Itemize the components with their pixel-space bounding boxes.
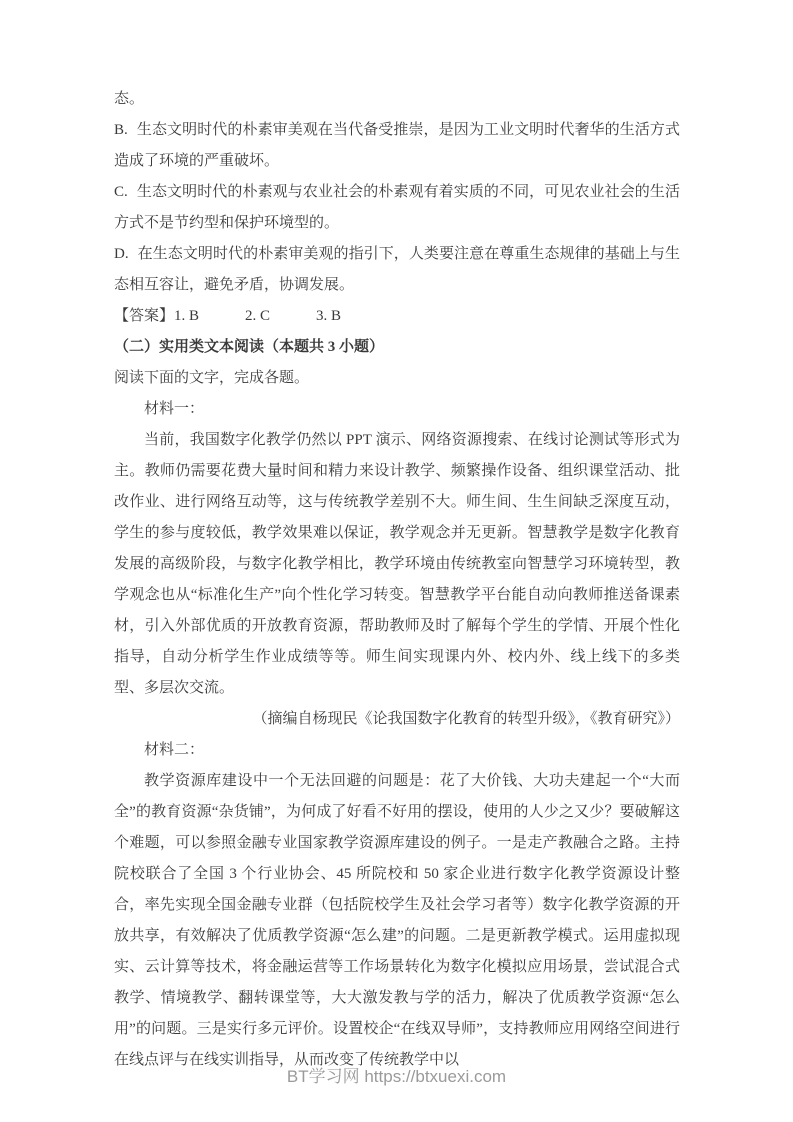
option-c: C.生态文明时代的朴素观与农业社会的朴素观有着实质的不同，可见农业社会的生活方式…	[114, 177, 680, 239]
answer-item-3: 3. B	[316, 308, 341, 324]
option-c-label: C.	[114, 184, 128, 200]
option-c-text: 生态文明时代的朴素观与农业社会的朴素观有着实质的不同，可见农业社会的生活方式不是…	[114, 184, 680, 231]
answer-line: 【答案】1. B2. C3. B	[114, 301, 680, 332]
section-heading: （二）实用类文本阅读（本题共 3 小题）	[114, 332, 680, 363]
answer-prefix: 【答案】	[114, 308, 174, 324]
watermark: BT学习网 https://btxuexi.com	[0, 1064, 793, 1090]
option-b: B.生态文明时代的朴素审美观在当代备受推崇，是因为工业文明时代奢华的生活方式造成…	[114, 115, 680, 177]
material-one-title: 材料一：	[114, 394, 680, 425]
watermark-text: BT学习网 https://btxuexi.com	[287, 1067, 506, 1086]
option-d: D.在生态文明时代的朴素审美观的指引下，人类要注意在尊重生态规律的基础上与生态相…	[114, 239, 680, 301]
material-one-citation: （摘编自杨现民《论我国数字化教育的转型升级》，《教育研究》）	[114, 704, 680, 735]
option-b-text: 生态文明时代的朴素审美观在当代备受推崇，是因为工业文明时代奢华的生活方式造成了环…	[114, 122, 680, 169]
option-b-label: B.	[114, 122, 128, 138]
section-instruction: 阅读下面的文字，完成各题。	[114, 363, 680, 394]
document-page: 态。 B.生态文明时代的朴素审美观在当代备受推崇，是因为工业文明时代奢华的生活方…	[114, 84, 680, 1076]
answer-item-2: 2. C	[245, 308, 270, 324]
material-two-paragraph: 教学资源库建设中一个无法回避的问题是：花了大价钱、大功夫建起一个“大而全”的教育…	[114, 766, 680, 1076]
answer-item-1: 1. B	[174, 308, 199, 324]
material-one-paragraph: 当前，我国数字化教学仍然以 PPT 演示、网络资源搜索、在线讨论测试等形式为主。…	[114, 425, 680, 704]
option-d-label: D.	[114, 246, 129, 262]
material-two-title: 材料二：	[114, 735, 680, 766]
option-a-tail: 态。	[114, 84, 680, 115]
option-d-text: 在生态文明时代的朴素审美观的指引下，人类要注意在尊重生态规律的基础上与生态相互容…	[114, 246, 680, 293]
